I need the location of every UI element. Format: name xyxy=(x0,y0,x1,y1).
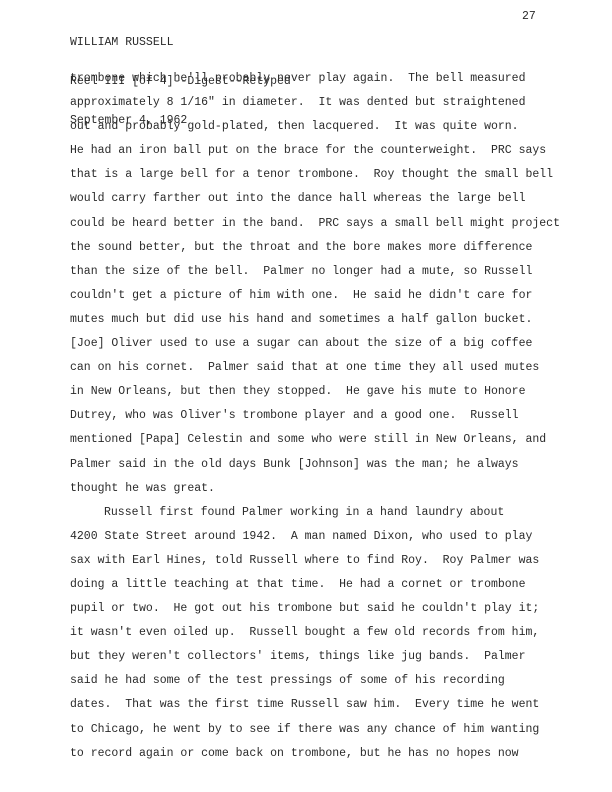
text-line: thought he was great. xyxy=(70,477,560,501)
text-line: that is a large bell for a tenor trombon… xyxy=(70,163,560,187)
document-page: WILLIAM RUSSELL Reel III [of 4]--Digest-… xyxy=(0,0,612,792)
page-number: 27 xyxy=(522,10,536,23)
text-line: [Joe] Oliver used to use a sugar can abo… xyxy=(70,332,560,356)
text-line: mutes much but did use his hand and some… xyxy=(70,308,560,332)
text-line: would carry farther out into the dance h… xyxy=(70,187,560,211)
text-line: could be heard better in the band. PRC s… xyxy=(70,212,560,236)
text-line: sax with Earl Hines, told Russell where … xyxy=(70,549,560,573)
text-line: can on his cornet. Palmer said that at o… xyxy=(70,356,560,380)
text-line: couldn't get a picture of him with one. … xyxy=(70,284,560,308)
text-line: 4200 State Street around 1942. A man nam… xyxy=(70,525,560,549)
text-line: the sound better, but the throat and the… xyxy=(70,236,560,260)
text-line: out and probably gold-plated, then lacqu… xyxy=(70,115,560,139)
text-line: approximately 8 1/16" in diameter. It wa… xyxy=(70,91,560,115)
text-line: mentioned [Papa] Celestin and some who w… xyxy=(70,428,560,452)
text-line: in New Orleans, but then they stopped. H… xyxy=(70,380,560,404)
body-text: trombone which he'll probably never play… xyxy=(70,67,560,766)
paragraph-first-line: Russell first found Palmer working in a … xyxy=(70,501,560,525)
text-line: to record again or come back on trombone… xyxy=(70,742,560,766)
text-line: He had an iron ball put on the brace for… xyxy=(70,139,560,163)
text-line: pupil or two. He got out his trombone bu… xyxy=(70,597,560,621)
text-line: dates. That was the first time Russell s… xyxy=(70,693,560,717)
text-line: than the size of the bell. Palmer no lon… xyxy=(70,260,560,284)
text-line: said he had some of the test pressings o… xyxy=(70,669,560,693)
text-line: Palmer said in the old days Bunk [Johnso… xyxy=(70,453,560,477)
text-line: to Chicago, he went by to see if there w… xyxy=(70,718,560,742)
text-line: doing a little teaching at that time. He… xyxy=(70,573,560,597)
text-line: but they weren't collectors' items, thin… xyxy=(70,645,560,669)
text-line: Dutrey, who was Oliver's trombone player… xyxy=(70,404,560,428)
header-title: WILLIAM RUSSELL xyxy=(70,36,291,49)
text-line: it wasn't even oiled up. Russell bought … xyxy=(70,621,560,645)
text-line: trombone which he'll probably never play… xyxy=(70,67,560,91)
